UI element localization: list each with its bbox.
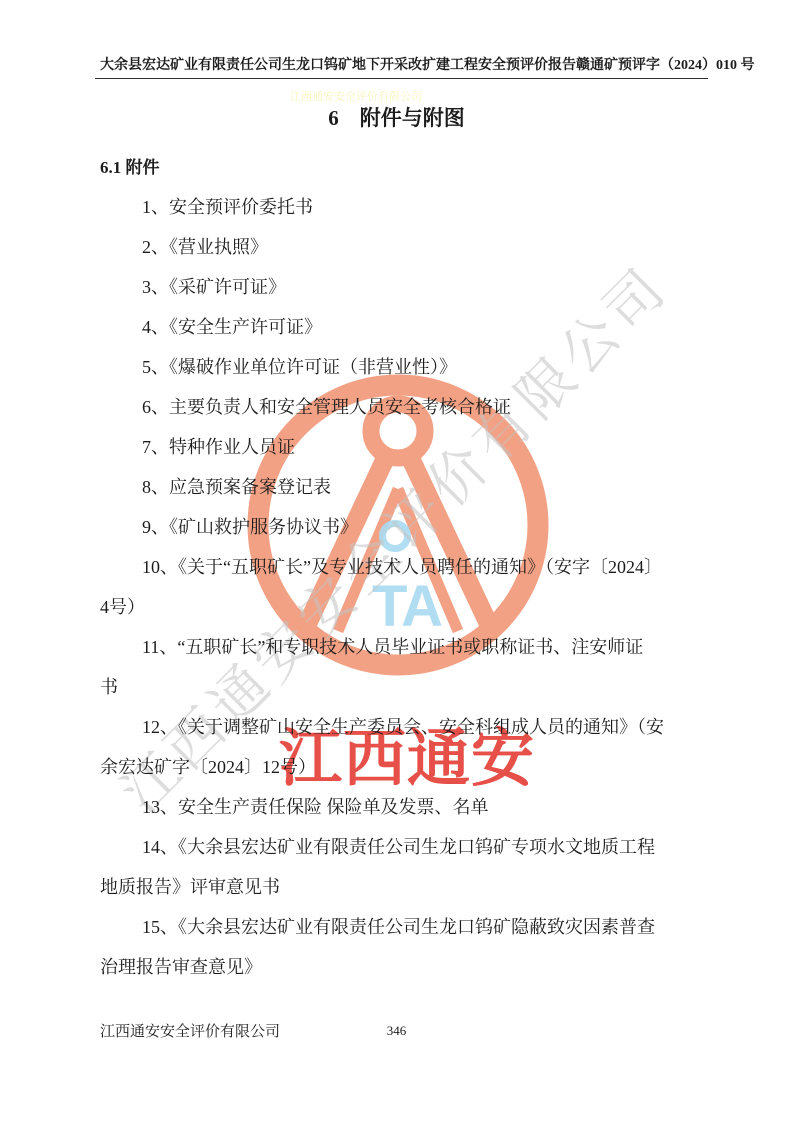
attachment-line: 治理报告审查意见》: [100, 947, 712, 987]
header-rule: [95, 78, 708, 79]
attachment-line: 6、主要负责人和安全管理人员安全考核合格证: [100, 387, 712, 427]
attachment-line: 8、应急预案备案登记表: [100, 467, 712, 507]
attachment-line: 13、安全生产责任保险 保险单及发票、名单: [100, 787, 712, 827]
attachment-line: 4、《安全生产许可证》: [100, 307, 712, 347]
attachment-line: 10、《关于“五职矿长”及专业技术人员聘任的通知》（安字〔2024〕: [100, 547, 712, 587]
attachment-line: 1、安全预评价委托书: [100, 187, 712, 227]
attachment-line: 11、“五职矿长”和专职技术人员毕业证书或职称证书、注安师证: [100, 627, 712, 667]
page-header: 大余县宏达矿业有限责任公司生龙口钨矿地下开采改扩建工程安全预评价报告 赣通矿预评…: [100, 54, 707, 74]
attachment-line: 7、特种作业人员证: [100, 427, 712, 467]
header-report-title: 大余县宏达矿业有限责任公司生龙口钨矿地下开采改扩建工程安全预评价报告: [100, 54, 576, 74]
chapter-title: 6 附件与附图: [0, 102, 793, 132]
section-title: 6.1 附件: [100, 153, 160, 178]
attachment-line: 12、《关于调整矿山安全生产委员会、安全科组成人员的通知》（安: [100, 707, 712, 747]
document-page: TA 江西通安安全评价有限公司 江西通安 江西通安安全评价有限公司 大余县宏达矿…: [0, 0, 793, 1122]
attachment-line: 余宏达矿字〔2024〕12号）: [100, 747, 712, 787]
attachment-line: 书: [100, 667, 712, 707]
attachment-line: 2、《营业执照》: [100, 227, 712, 267]
attachment-list: 1、安全预评价委托书2、《营业执照》3、《采矿许可证》4、《安全生产许可证》5、…: [100, 187, 712, 987]
attachment-line: 14、《大余县宏达矿业有限责任公司生龙口钨矿专项水文地质工程: [100, 827, 712, 867]
attachment-line: 3、《采矿许可证》: [100, 267, 712, 307]
attachment-line: 9、《矿山救护服务协议书》: [100, 507, 712, 547]
attachment-line: 15、《大余县宏达矿业有限责任公司生龙口钨矿隐蔽致灾因素普查: [100, 907, 712, 947]
attachment-line: 4号）: [100, 587, 712, 627]
footer-page-number: 346: [0, 1023, 793, 1039]
attachment-line: 5、《爆破作业单位许可证（非营业性）》: [100, 347, 712, 387]
header-doc-number: 赣通矿预评字（2024）010 号: [576, 54, 755, 74]
attachment-line: 地质报告》评审意见书: [100, 867, 712, 907]
page-content: 大余县宏达矿业有限责任公司生龙口钨矿地下开采改扩建工程安全预评价报告 赣通矿预评…: [0, 0, 793, 1122]
